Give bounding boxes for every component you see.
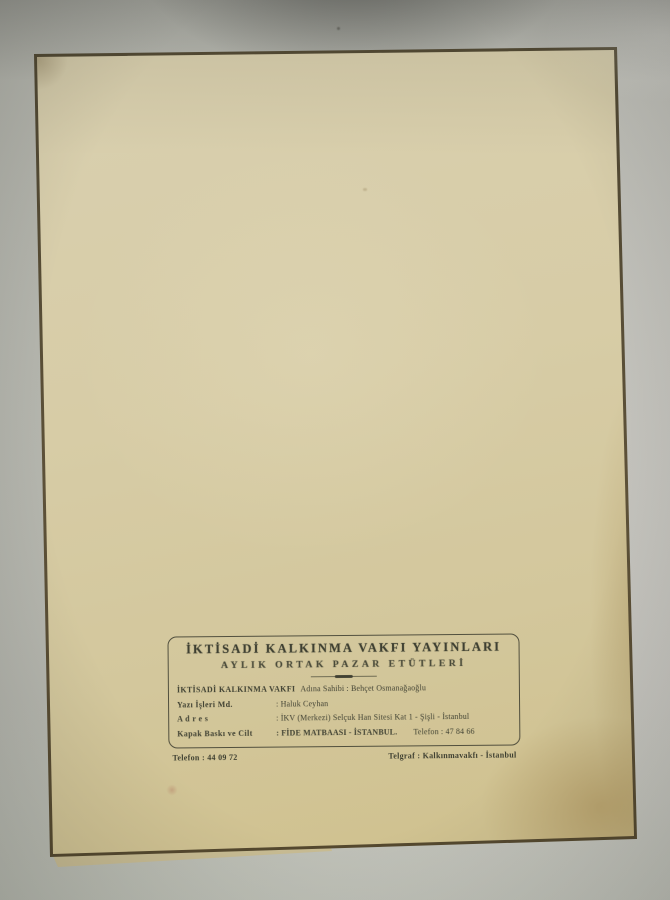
publisher-series-title: İKTİSADİ KALKINMA VAKFI YAYINLARI bbox=[177, 640, 511, 658]
cover-paper: İKTİSADİ KALKINMA VAKFI YAYINLARI AYLIK … bbox=[28, 40, 644, 864]
divider-dash bbox=[335, 675, 353, 678]
owner-label: İKTİSADİ KALKINMA VAKFI bbox=[177, 684, 296, 694]
info-line-printer: Kapak Baskı ve Cilt : FİDE MATBAASI - İS… bbox=[177, 726, 511, 738]
editor-value: : Haluk Ceyhan bbox=[276, 699, 328, 708]
info-line-owner: İKTİSADİ KALKINMA VAKFI Adına Sahibi : B… bbox=[177, 683, 511, 695]
info-line-editor: Yazı İşleri Md. : Haluk Ceyhan bbox=[177, 697, 511, 709]
photo-of-book-back-cover: İKTİSADİ KALKINMA VAKFI YAYINLARI AYLIK … bbox=[0, 0, 670, 900]
imprint-plate: İKTİSADİ KALKINMA VAKFI YAYINLARI AYLIK … bbox=[167, 633, 520, 762]
address-label: A d r e s bbox=[177, 714, 271, 724]
info-line-address: A d r e s : İKV (Merkezi) Selçuk Han Sit… bbox=[177, 712, 511, 724]
printer-value: : FİDE MATBAASI - İSTANBUL. bbox=[276, 727, 397, 737]
imprint-box: İKTİSADİ KALKINMA VAKFI YAYINLARI AYLIK … bbox=[167, 633, 520, 748]
dust-speck bbox=[337, 27, 340, 30]
owner-value: Adına Sahibi : Behçet Osmanağaoğlu bbox=[300, 683, 426, 693]
series-subtitle: AYLIK ORTAK PAZAR ETÜTLERİ bbox=[177, 658, 511, 672]
printer-phone: Telefon : 47 84 66 bbox=[413, 726, 474, 736]
paper-speck bbox=[363, 188, 367, 191]
footer-telefon: Telefon : 44 09 72 bbox=[172, 752, 237, 762]
book-back-cover: İKTİSADİ KALKINMA VAKFI YAYINLARI AYLIK … bbox=[28, 40, 644, 864]
address-value: : İKV (Merkezi) Selçuk Han Sitesi Kat 1 … bbox=[276, 712, 469, 723]
footer-telgraf: Telgraf : Kalkınmavakfı - İstanbul bbox=[388, 750, 516, 760]
imprint-footer: Telefon : 44 09 72 Telgraf : Kalkınmavak… bbox=[168, 750, 520, 762]
editor-label: Yazı İşleri Md. bbox=[177, 699, 271, 709]
divider-rule bbox=[311, 676, 377, 678]
imprint-info: İKTİSADİ KALKINMA VAKFI Adına Sahibi : B… bbox=[177, 683, 511, 738]
printer-label: Kapak Baskı ve Cilt bbox=[177, 728, 271, 738]
